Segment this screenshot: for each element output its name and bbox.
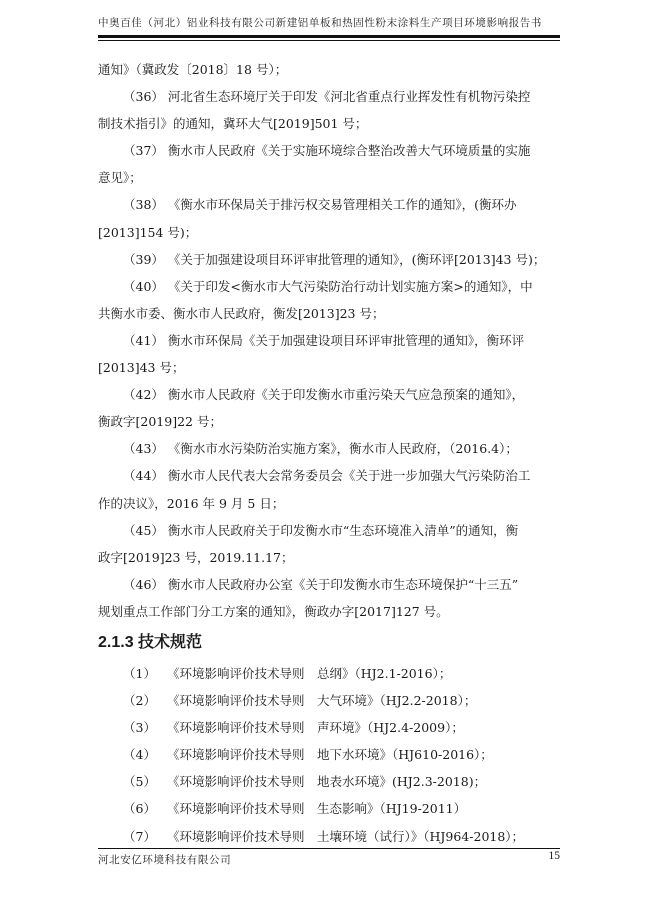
- spec-item-number: （5）: [123, 768, 167, 795]
- header-rule-thick: [98, 35, 560, 38]
- header-rule-thin: [98, 40, 560, 41]
- body-line: （39） 《关于加强建设项目环评审批管理的通知》，(衡环评[2013]43 号)…: [98, 246, 560, 273]
- spec-item-number: （3）: [123, 714, 167, 741]
- body-line: （46） 衡水市人民政府办公室《关于印发衡水市生态环境保护“十三五”: [98, 571, 560, 598]
- spec-item-number: （2）: [123, 687, 167, 714]
- spec-item-text: 《环境影响评价技术导则 大气环境》（HJ2.2-2018）；: [167, 687, 476, 714]
- spec-item: （3） 《环境影响评价技术导则 声环境》（HJ2.4-2009）；: [98, 714, 560, 741]
- spec-item: （4） 《环境影响评价技术导则 地下水环境》（HJ610-2016）；: [98, 741, 560, 768]
- body-line: （45） 衡水市人民政府关于印发衡水市“生态环境准入清单”的通知，衡: [98, 517, 560, 544]
- body-line: 共衡水市委、衡水市人民政府，衡发[2013]23 号；: [98, 300, 560, 327]
- spec-item: （5） 《环境影响评价技术导则 地表水环境》(HJ2.3-2018)；: [98, 768, 560, 795]
- footer-company: 河北安亿环境科技有限公司: [98, 852, 231, 867]
- spec-item-text: 《环境影响评价技术导则 总纲》（HJ2.1-2016）；: [167, 660, 451, 687]
- body-line: （43） 《衡水市水污染防治实施方案》，衡水市人民政府，（2016.4）；: [98, 435, 560, 462]
- spec-item-text: 《环境影响评价技术导则 声环境》（HJ2.4-2009）；: [167, 714, 464, 741]
- body-line: （37） 衡水市人民政府《关于实施环境综合整治改善大气环境质量的实施: [98, 137, 560, 164]
- page-number: 15: [549, 850, 561, 862]
- body-line: 通知》（冀政发〔2018〕18 号）；: [98, 56, 560, 83]
- body-line: 制技术指引》的通知，冀环大气[2019]501 号；: [98, 110, 560, 137]
- spec-item-number: （6）: [123, 795, 167, 822]
- document-header-title: 中奥百佳（河北）铝业科技有限公司新建铝单板和热固性粉末涂料生产项目环境影响报告书: [98, 15, 560, 30]
- spec-item-number: （4）: [123, 741, 167, 768]
- body-line: （41） 衡水市环保局《关于加强建设项目环评审批管理的通知》，衡环评: [98, 327, 560, 354]
- body-line: （42） 衡水市人民政府《关于印发衡水市重污染天气应急预案的通知》，: [98, 381, 560, 408]
- spec-item-number: （7）: [123, 823, 167, 850]
- body-line: （36） 河北省生态环境厅关于印发《河北省重点行业挥发性有机物污染控: [98, 83, 560, 110]
- body-line: [2013]154 号)；: [98, 219, 560, 246]
- body-line: [2013]43 号；: [98, 354, 560, 381]
- spec-item: （7） 《环境影响评价技术导则 土壤环境（试行）》（HJ964-2018）；: [98, 823, 560, 850]
- spec-item: （1） 《环境影响评价技术导则 总纲》（HJ2.1-2016）；: [98, 660, 560, 687]
- body-line: （40） 《关于印发<衡水市大气污染防治行动计划实施方案>的通知》，中: [98, 273, 560, 300]
- body-line: 规划重点工作部门分工方案的通知》，衡政办字[2017]127 号。: [98, 598, 560, 625]
- spec-item-text: 《环境影响评价技术导则 地下水环境》（HJ610-2016）；: [167, 741, 493, 768]
- spec-item-text: 《环境影响评价技术导则 地表水环境》(HJ2.3-2018)；: [167, 768, 486, 795]
- spec-item-number: （1）: [123, 660, 167, 687]
- body-line: 衡政字[2019]22 号；: [98, 408, 560, 435]
- footer-rule: [98, 848, 560, 849]
- spec-item-text: 《环境影响评价技术导则 生态影响》（HJ19-2011）: [167, 795, 466, 822]
- body-line: 政字[2019]23 号，2019.11.17；: [98, 544, 560, 571]
- section-heading: 2.1.3 技术规范: [98, 626, 560, 660]
- spec-item: （6） 《环境影响评价技术导则 生态影响》（HJ19-2011）: [98, 795, 560, 822]
- body-line: （38） 《衡水市环保局关于排污权交易管理相关工作的通知》，(衡环办: [98, 191, 560, 218]
- body-line: 作的决议》，2016 年 9 月 5 日；: [98, 490, 560, 517]
- body-line: （44） 衡水市人民代表大会常务委员会《关于进一步加强大气污染防治工: [98, 462, 560, 489]
- spec-item: （2） 《环境影响评价技术导则 大气环境》（HJ2.2-2018）；: [98, 687, 560, 714]
- document-body: 通知》（冀政发〔2018〕18 号）； （36） 河北省生态环境厅关于印发《河北…: [98, 56, 560, 850]
- spec-item-text: 《环境影响评价技术导则 土壤环境（试行）》（HJ964-2018）；: [167, 823, 524, 850]
- body-line: 意见》；: [98, 164, 560, 191]
